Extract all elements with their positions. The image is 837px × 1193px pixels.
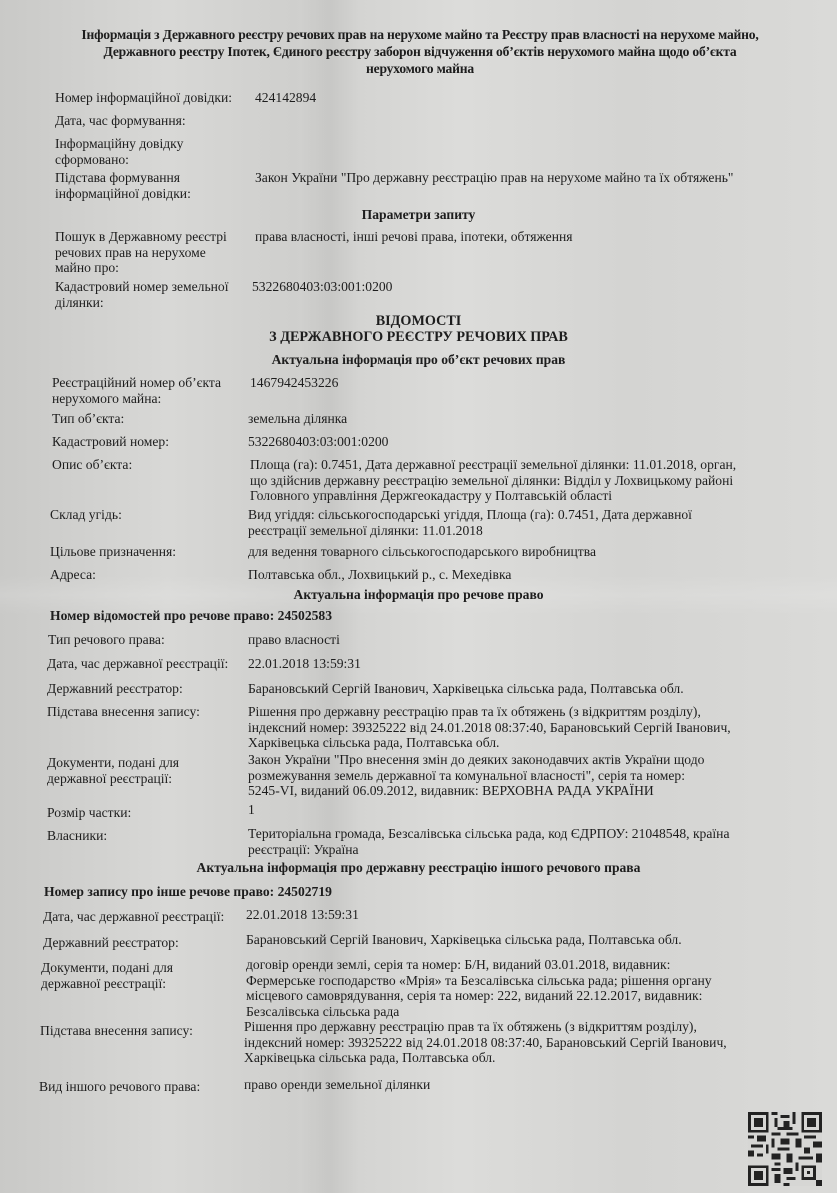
- field-label: Дата, час державної реєстрації:: [47, 656, 228, 672]
- value-line: Закон України "Про внесення змін до деяк…: [248, 752, 704, 768]
- section-heading: Параметри запиту: [0, 207, 837, 223]
- section-heading: Актуальна інформація про речове право: [0, 587, 837, 603]
- field-label: Цільове призначення:: [50, 544, 176, 560]
- object-address-value: Полтавська обл., Лохвицький р., с. Мехед…: [248, 567, 511, 583]
- label-line: Документи, подані для: [41, 960, 173, 976]
- title-line: Інформація з Державного реєстру речових …: [40, 26, 800, 43]
- field-label: Інформаційну довідку сформовано:: [55, 136, 183, 167]
- field-label: Підстава внесення запису:: [47, 704, 200, 720]
- label-line: Інформаційну довідку: [55, 136, 183, 152]
- field-label: Державний реєстратор:: [43, 935, 179, 951]
- other-basis-value: Рішення про державну реєстрацію прав та …: [244, 1019, 727, 1066]
- registry-heading: ВІДОМОСТІ: [0, 313, 837, 330]
- value-line: Головного управління Держгеокадастру у П…: [250, 488, 736, 504]
- document-page: Інформація з Державного реєстру речових …: [0, 0, 837, 1193]
- label-line: державної реєстрації:: [41, 976, 173, 992]
- right-type-value: право власності: [248, 632, 340, 648]
- field-label: Документи, подані для державної реєстрац…: [41, 960, 173, 991]
- value-line: індексний номер: 39325222 від 24.01.2018…: [248, 720, 731, 736]
- right-registrar-value: Барановський Сергій Іванович, Харківецьк…: [248, 681, 684, 697]
- label-line: майно про:: [55, 260, 227, 276]
- title-line: нерухомого майна: [40, 60, 800, 77]
- field-label: Кадастровий номер:: [52, 434, 169, 450]
- value-line: індексний номер: 39325222 від 24.01.2018…: [244, 1035, 727, 1051]
- label-line: Реєстраційний номер об’єкта: [52, 375, 221, 391]
- field-label: Дата, час формування:: [55, 113, 186, 129]
- label-line: інформаційної довідки:: [55, 186, 191, 202]
- other-date-value: 22.01.2018 13:59:31: [246, 907, 359, 923]
- info-number-row: Номер інформаційної довідки:: [55, 90, 232, 106]
- label-line: державної реєстрації:: [47, 771, 179, 787]
- object-cadastral-value: 5322680403:03:001:0200: [248, 434, 388, 450]
- field-label: Пошук в Державному реєстрі речових прав …: [55, 229, 227, 276]
- field-label: Вид іншого речового права:: [39, 1079, 200, 1095]
- value-line: реєстрації земельної ділянки: 11.01.2018: [248, 523, 692, 539]
- label-line: Документи, подані для: [47, 755, 179, 771]
- field-label: Реєстраційний номер об’єкта нерухомого м…: [52, 375, 221, 406]
- title-line: Державного реєстру Іпотек, Єдиного реєст…: [40, 43, 800, 60]
- object-description: Площа (га): 0.7451, Дата державної реєст…: [250, 457, 736, 504]
- right-owners-value: Територіальна громада, Безсалівська сіль…: [248, 826, 729, 857]
- field-label: Підстава внесення запису:: [40, 1023, 193, 1039]
- section-heading: Актуальна інформація про об’єкт речових …: [0, 352, 837, 368]
- label-line: нерухомого майна:: [52, 391, 221, 407]
- other-number-title: Номер запису про інше речове право: 2450…: [44, 884, 332, 900]
- field-label: Номер інформаційної довідки:: [55, 90, 232, 105]
- field-label: Розмір частки:: [47, 805, 131, 821]
- field-label: Документи, подані для державної реєстрац…: [47, 755, 179, 786]
- label-line: Кадастровий номер земельної: [55, 279, 229, 295]
- value-line: Безсалівська сільська рада: [246, 1004, 712, 1020]
- value-line: Площа (га): 0.7451, Дата державної реєст…: [250, 457, 736, 473]
- object-reg-number: 1467942453226: [250, 375, 338, 391]
- field-label: Адреса:: [50, 567, 96, 583]
- value-line: розмежування земель державної та комунал…: [248, 768, 704, 784]
- label-line: Пошук в Державному реєстрі: [55, 229, 227, 245]
- query-search-value: права власності, інші речові права, іпот…: [255, 229, 573, 245]
- right-basis-value: Рішення про державну реєстрацію прав та …: [248, 704, 731, 751]
- field-label: Тип об’єкта:: [52, 411, 124, 427]
- field-label: Кадастровий номер земельної ділянки:: [55, 279, 229, 310]
- registry-heading: З ДЕРЖАВНОГО РЕЄСТРУ РЕЧОВИХ ПРАВ: [0, 329, 837, 346]
- document-title: Інформація з Державного реєстру речових …: [40, 26, 800, 77]
- field-label: Власники:: [47, 828, 107, 844]
- value-line: Фермерське господарство «Мрія» та Безсал…: [246, 973, 712, 989]
- field-label: Державний реєстратор:: [47, 681, 183, 697]
- value-line: Харківецька сільська рада, Полтавська об…: [244, 1050, 727, 1066]
- field-label: Дата, час державної реєстрації:: [43, 909, 224, 925]
- label-line: сформовано:: [55, 152, 183, 168]
- right-share-value: 1: [248, 802, 255, 818]
- field-label: Склад угідь:: [50, 507, 122, 523]
- right-date-value: 22.01.2018 13:59:31: [248, 656, 361, 672]
- value-line: Рішення про державну реєстрацію прав та …: [244, 1019, 727, 1035]
- object-type-value: земельна ділянка: [248, 411, 347, 427]
- other-kind-value: право оренди земельної ділянки: [244, 1077, 430, 1093]
- label-line: речових прав на нерухоме: [55, 245, 227, 261]
- field-label: Підстава формування інформаційної довідк…: [55, 170, 191, 201]
- info-basis-value: Закон України "Про державну реєстрацію п…: [255, 170, 733, 186]
- value-line: Територіальна громада, Безсалівська сіль…: [248, 826, 729, 842]
- value-line: 5245-VI, виданий 06.09.2012, видавник: В…: [248, 783, 704, 799]
- value-line: договір оренди землі, серія та номер: Б/…: [246, 957, 712, 973]
- label-line: ділянки:: [55, 295, 229, 311]
- field-label: Опис об’єкта:: [52, 457, 132, 473]
- qr-code-icon: [748, 1112, 822, 1186]
- label-line: Підстава формування: [55, 170, 191, 186]
- field-label: Тип речового права:: [48, 632, 165, 648]
- value-line: місцевого самоврядування, серія та номер…: [246, 988, 712, 1004]
- right-docs-value: Закон України "Про внесення змін до деяк…: [248, 752, 704, 799]
- other-registrar-value: Барановський Сергій Іванович, Харківецьк…: [246, 932, 682, 948]
- other-docs-value: договір оренди землі, серія та номер: Б/…: [246, 957, 712, 1019]
- value-line: Харківецька сільська рада, Полтавська об…: [248, 735, 731, 751]
- value-line: реєстрації: Україна: [248, 842, 729, 858]
- info-number-value: 424142894: [255, 90, 316, 106]
- query-cadastral-value: 5322680403:03:001:0200: [252, 279, 392, 295]
- right-number-title: Номер відомостей про речове право: 24502…: [50, 608, 332, 624]
- value-line: Рішення про державну реєстрацію прав та …: [248, 704, 731, 720]
- object-purpose-value: для ведення товарного сільськогосподарсь…: [248, 544, 596, 560]
- section-heading: Актуальна інформація про державну реєстр…: [0, 860, 837, 876]
- object-land-composition: Вид угіддя: сільськогосподарські угіддя,…: [248, 507, 692, 538]
- value-line: Вид угіддя: сільськогосподарські угіддя,…: [248, 507, 692, 523]
- value-line: що здійснив державну реєстрацію земельно…: [250, 473, 736, 489]
